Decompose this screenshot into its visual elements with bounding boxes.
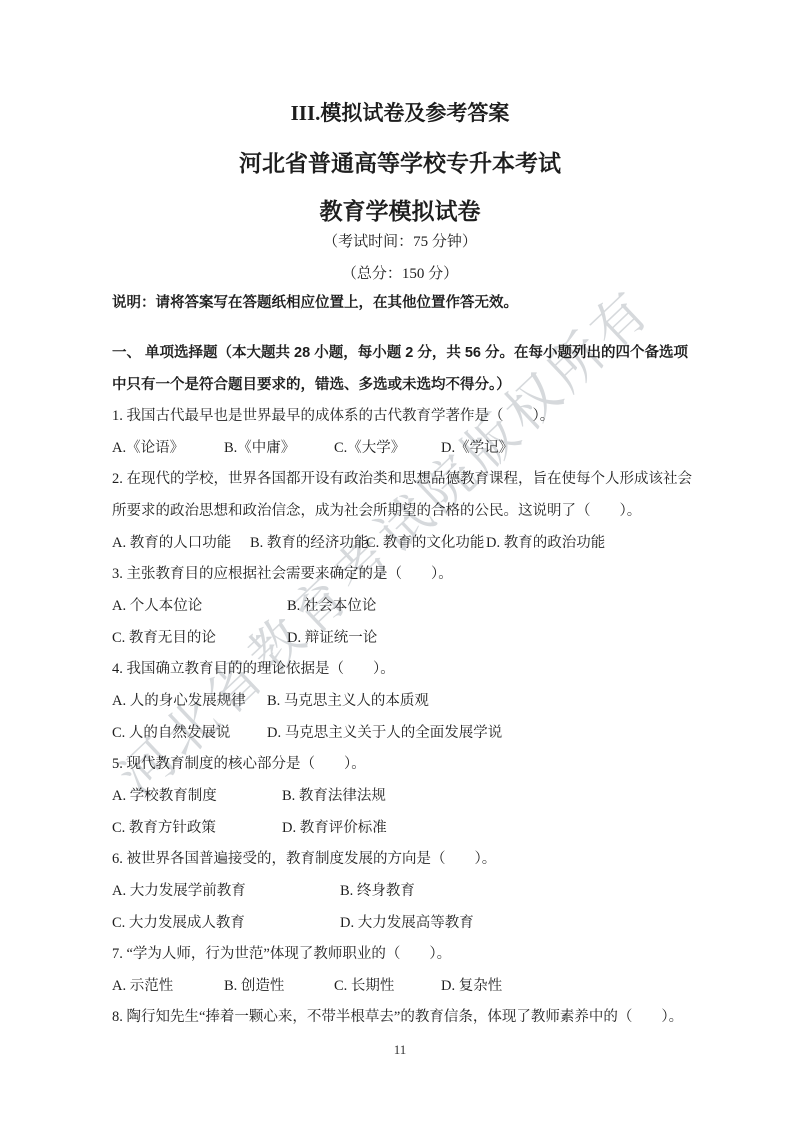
- question-3-text: 3. 主张教育目的应根据社会需要来确定的是（ ）。: [112, 559, 688, 591]
- question-6-option-a: A. 大力发展学前教育: [112, 876, 340, 908]
- question-3-option-d: D. 辩证统一论: [287, 623, 688, 655]
- question-6-option-b: B. 终身教育: [340, 876, 688, 908]
- question-6-text: 6. 被世界各国普遍接受的，教育制度发展的方向是（ ）。: [112, 844, 688, 876]
- question-7-option-d: D. 复杂性: [441, 971, 688, 1003]
- exam-duration: （考试时间：75 分钟）: [112, 234, 688, 250]
- instructions: 说明：请将答案写在答题纸相应位置上，在其他位置作答无效。: [112, 294, 688, 313]
- question-4-text: 4. 我国确立教育目的的理论依据是（ ）。: [112, 654, 688, 686]
- question-5-options-row2: C. 教育方针政策 D. 教育评价标准: [112, 813, 688, 845]
- question-6-option-c: C. 大力发展成人教育: [112, 908, 340, 940]
- question-3-options-row2: C. 教育无目的论 D. 辩证统一论: [112, 623, 688, 655]
- document-page: 河北省教育考试院版权所有 III.模拟试卷及参考答案 河北省普通高等学校专升本考…: [0, 0, 800, 1130]
- section-header-line2: 中只有一个是符合题目要求的，错选、多选或未选均不得分。）: [112, 369, 688, 401]
- question-6-option-d: D. 大力发展高等教育: [340, 908, 688, 940]
- section-header-line1: 一、 单项选择题（本大题共 28 小题，每小题 2 分，共 56 分。在每小题列…: [112, 337, 688, 369]
- question-4-options-row1: A. 人的身心发展规律 B. 马克思主义人的本质观: [112, 686, 688, 718]
- question-2-option-a: A. 教育的人口功能: [112, 528, 250, 560]
- total-score: （总分：150 分）: [112, 266, 688, 282]
- question-1-text: 1. 我国古代最早也是世界最早的成体系的古代教育学著作是（ ）。: [112, 401, 688, 433]
- series-title: III.模拟试卷及参考答案: [112, 100, 688, 127]
- question-5-option-d: D. 教育评价标准: [282, 813, 688, 845]
- question-4-option-c: C. 人的自然发展说: [112, 718, 267, 750]
- question-6-options-row1: A. 大力发展学前教育 B. 终身教育: [112, 876, 688, 908]
- question-2-option-d: D. 教育的政治功能: [486, 528, 688, 560]
- exam-title: 河北省普通高等学校专升本考试: [112, 148, 688, 178]
- question-2-option-b: B. 教育的经济功能: [250, 528, 366, 560]
- question-list: 1. 我国古代最早也是世界最早的成体系的古代教育学著作是（ ）。 A.《论语》 …: [112, 401, 688, 1034]
- page-content: III.模拟试卷及参考答案 河北省普通高等学校专升本考试 教育学模拟试卷 （考试…: [112, 0, 688, 1034]
- question-2-text-line2: 所要求的政治思想和政治信念，成为社会所期望的合格的公民。这说明了（ ）。: [112, 496, 688, 528]
- question-8-text: 8. 陶行知先生“捧着一颗心来，不带半根草去”的教育信条，体现了教师素养中的（ …: [112, 1002, 688, 1034]
- question-7-options: A. 示范性 B. 创造性 C. 长期性 D. 复杂性: [112, 971, 688, 1003]
- question-5-option-b: B. 教育法律法规: [282, 781, 688, 813]
- question-4-option-b: B. 马克思主义人的本质观: [267, 686, 688, 718]
- page-number: 11: [0, 1042, 800, 1058]
- question-1-option-c: C.《大学》: [334, 433, 441, 465]
- question-7-option-b: B. 创造性: [224, 971, 334, 1003]
- question-6-options-row2: C. 大力发展成人教育 D. 大力发展高等教育: [112, 908, 688, 940]
- question-3-options-row1: A. 个人本位论 B. 社会本位论: [112, 591, 688, 623]
- question-2-options: A. 教育的人口功能 B. 教育的经济功能 C. 教育的文化功能 D. 教育的政…: [112, 528, 688, 560]
- question-4-options-row2: C. 人的自然发展说 D. 马克思主义关于人的全面发展学说: [112, 718, 688, 750]
- question-7-text: 7. “学为人师，行为世范”体现了教师职业的（ ）。: [112, 939, 688, 971]
- question-1-options: A.《论语》 B.《中庸》 C.《大学》 D.《学记》: [112, 433, 688, 465]
- question-5-option-c: C. 教育方针政策: [112, 813, 282, 845]
- question-5-text: 5. 现代教育制度的核心部分是（ ）。: [112, 749, 688, 781]
- question-4-option-d: D. 马克思主义关于人的全面发展学说: [267, 718, 688, 750]
- section-header: 一、 单项选择题（本大题共 28 小题，每小题 2 分，共 56 分。在每小题列…: [112, 337, 688, 401]
- question-3-option-c: C. 教育无目的论: [112, 623, 287, 655]
- question-7-option-c: C. 长期性: [334, 971, 441, 1003]
- question-2-text-line1: 2. 在现代的学校，世界各国都开设有政治类和思想品德教育课程，旨在使每个人形成该…: [112, 464, 688, 496]
- question-3-option-b: B. 社会本位论: [287, 591, 688, 623]
- question-3-option-a: A. 个人本位论: [112, 591, 287, 623]
- question-1-option-a: A.《论语》: [112, 433, 224, 465]
- question-5-option-a: A. 学校教育制度: [112, 781, 282, 813]
- paper-title: 教育学模拟试卷: [112, 196, 688, 226]
- question-7-option-a: A. 示范性: [112, 971, 224, 1003]
- question-1-option-b: B.《中庸》: [224, 433, 334, 465]
- question-2-option-c: C. 教育的文化功能: [366, 528, 486, 560]
- question-1-option-d: D.《学记》: [441, 433, 688, 465]
- question-4-option-a: A. 人的身心发展规律: [112, 686, 267, 718]
- question-5-options-row1: A. 学校教育制度 B. 教育法律法规: [112, 781, 688, 813]
